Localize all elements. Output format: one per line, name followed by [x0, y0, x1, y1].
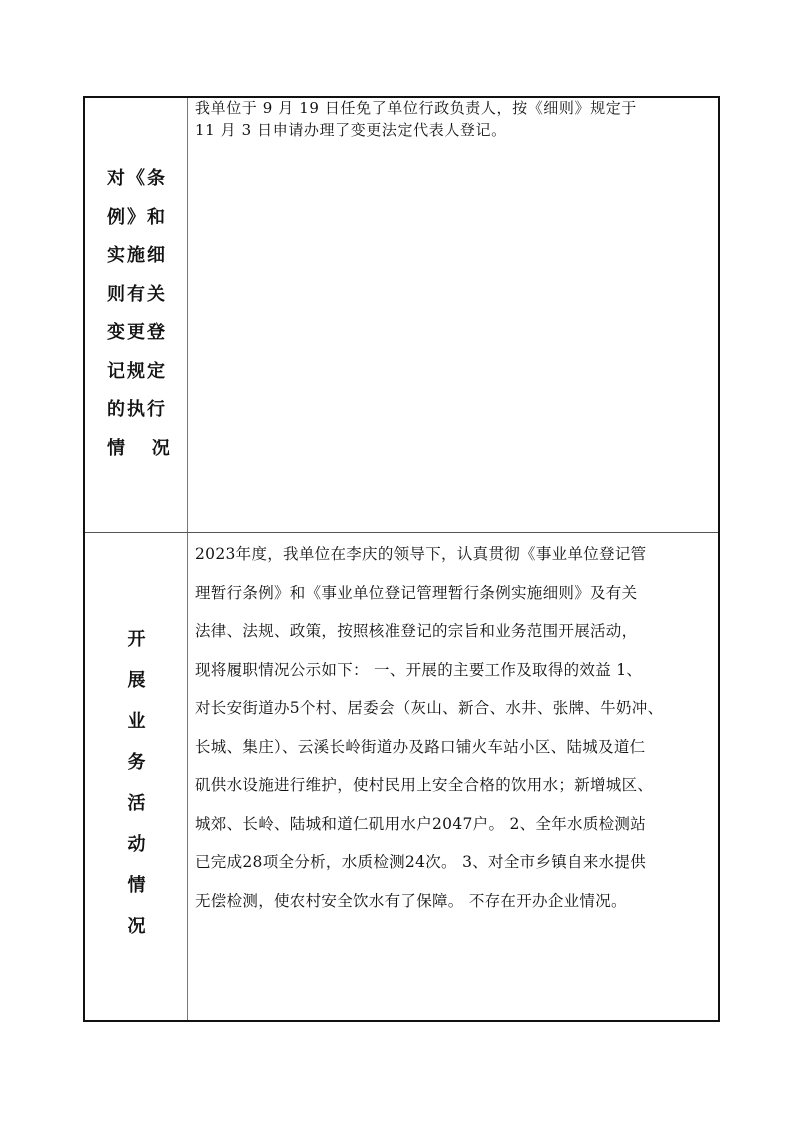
text-line: 长城、集庄）、云溪长岭街道办及路口铺火车站小区、陆城及道仁: [195, 728, 714, 767]
label-char: 开: [85, 619, 188, 660]
label-line: 记规定: [107, 353, 177, 392]
label-char: 动: [85, 824, 188, 865]
text-line: 现将履职情况公示如下： 一、开展的主要工作及取得的效益 1、: [195, 651, 714, 690]
label-char: 情: [85, 865, 188, 906]
text-line: 已完成28项全分析，水质检测24次。 3、对全市乡镇自来水提供: [195, 843, 714, 882]
label-line: 则有关: [107, 276, 177, 315]
row-label-change-registration: 对《条 例》和 实施细 则有关 变更登 记规定 的执行 情 况: [107, 160, 177, 468]
text-line: 法律、法规、政策，按照核准登记的宗旨和业务范围开展活动，: [195, 612, 714, 651]
text-line: 城郊、长岭、陆城和道仁矶用水户2047户。 2、全年水质检测站: [195, 805, 714, 844]
label-line: 实施细: [107, 237, 177, 276]
label-line: 对《条: [107, 160, 177, 199]
change-registration-text: 我单位于 9 月 19 日任免了单位行政负责人，按《细则》规定于 11 月 3 …: [195, 97, 712, 141]
text-line: 理暂行条例》和《事业单位登记管理暂行条例实施细则》及有关: [195, 574, 714, 613]
row-label-business-activities: 开 展 业 务 活 动 情 况: [85, 619, 188, 947]
label-char: 业: [85, 701, 188, 742]
report-table: 对《条 例》和 实施细 则有关 变更登 记规定 的执行 情 况 我单位于 9 月…: [83, 96, 720, 1022]
text-line: 对长安街道办5个村、居委会（灰山、新合、水井、张牌、牛奶冲、: [195, 689, 714, 728]
label-line: 情 况: [107, 430, 177, 469]
label-char: 展: [85, 660, 188, 701]
table-row-business-activities: 开 展 业 务 活 动 情 况 2023年度，我单位在李庆的领导下，认真贯彻《事…: [85, 533, 718, 1020]
row-label-cell: 开 展 业 务 活 动 情 况: [85, 533, 188, 1020]
label-char: 务: [85, 742, 188, 783]
text-line: 2023年度，我单位在李庆的领导下，认真贯彻《事业单位登记管: [195, 535, 714, 574]
business-activities-text: 2023年度，我单位在李庆的领导下，认真贯彻《事业单位登记管 理暂行条例》和《事…: [195, 535, 714, 920]
text-line: 矶供水设施进行维护，使村民用上安全合格的饮用水；新增城区、: [195, 766, 714, 805]
label-line: 的执行: [107, 391, 177, 430]
label-line: 例》和: [107, 199, 177, 238]
label-char: 况: [85, 906, 188, 947]
label-line: 变更登: [107, 314, 177, 353]
text-line: 11 月 3 日申请办理了变更法定代表人登记。: [195, 119, 712, 141]
text-line: 无偿检测，使农村安全饮水有了保障。 不存在开办企业情况。: [195, 882, 714, 921]
text-line: 我单位于 9 月 19 日任免了单位行政负责人，按《细则》规定于: [195, 97, 712, 119]
row-content-cell: 2023年度，我单位在李庆的领导下，认真贯彻《事业单位登记管 理暂行条例》和《事…: [189, 533, 718, 1020]
row-label-cell: 对《条 例》和 实施细 则有关 变更登 记规定 的执行 情 况: [85, 98, 188, 532]
row-content-cell: 我单位于 9 月 19 日任免了单位行政负责人，按《细则》规定于 11 月 3 …: [189, 98, 718, 532]
table-row-change-registration: 对《条 例》和 实施细 则有关 变更登 记规定 的执行 情 况 我单位于 9 月…: [85, 98, 718, 533]
label-char: 活: [85, 783, 188, 824]
